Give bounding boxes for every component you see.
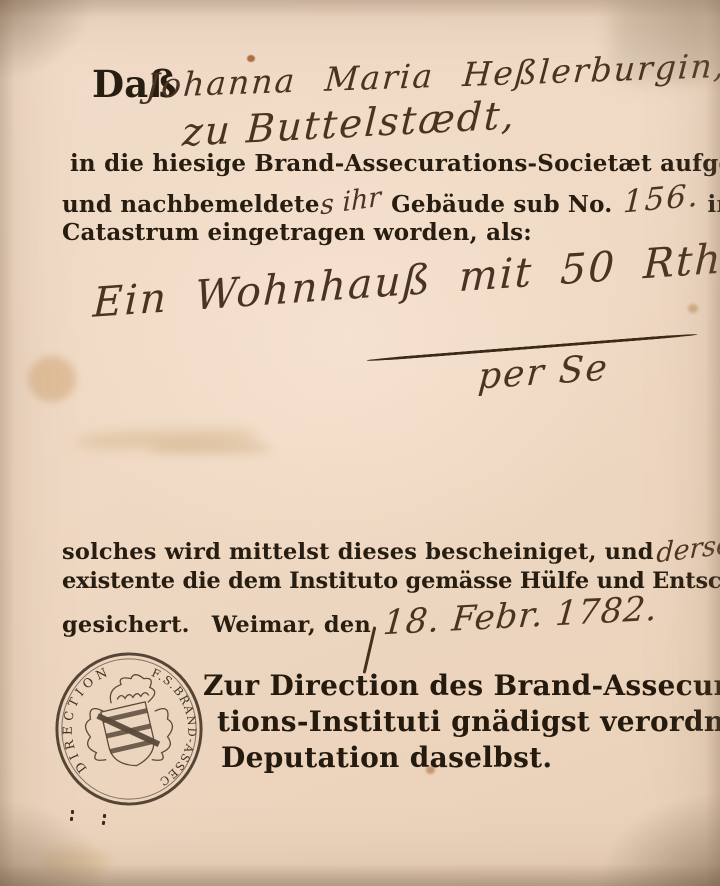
catastrum-line: Catastrum eingetragen worden, als:: [62, 219, 532, 246]
closing-block: Zur Direction des Brand-Assecura- tions-…: [203, 668, 720, 776]
seal-mantling-right: [152, 709, 173, 761]
handwritten-per-se: per Se: [477, 347, 611, 397]
certify-line-3: gesichert.Weimar, den18. Febr. 1782.: [62, 601, 658, 641]
handwritten-name: Johanna Maria Heßlerburgin,: [145, 46, 720, 105]
certificate-document: Daß Johanna Maria Heßlerburgin, zu Butte…: [0, 0, 720, 886]
handwritten-casu-word: derselben: [655, 522, 720, 570]
certify-line-1: solches wird mittelst dieses bescheinige…: [62, 535, 720, 566]
handwritten-date: 18. Febr. 1782.: [381, 589, 659, 644]
ink-speck: [688, 304, 698, 313]
closing-line-3: Deputation daselbst.: [221, 740, 720, 776]
ink-dots: [71, 810, 75, 814]
stain-streak-2: [150, 442, 270, 454]
building-suffix: in das: [708, 191, 720, 218]
seal-crown: [117, 693, 149, 700]
ink-speck: [247, 55, 255, 62]
certify-weimar-den: Weimar, den: [212, 612, 371, 638]
admission-line: in die hiesige Brand-Assecurations-Socie…: [70, 150, 720, 177]
handwritten-pronoun: s ihr: [320, 182, 381, 222]
ink-dots: [103, 814, 107, 818]
building-line: und nachbemeldetes ihrGebäude sub No.156…: [62, 184, 720, 220]
certify-gesichert: gesichert.: [62, 612, 190, 638]
closing-line-1: Zur Direction des Brand-Assecura-: [203, 668, 720, 704]
closing-line-2: tions-Instituti gnädigst verordnete: [217, 704, 720, 740]
building-mid: Gebäude sub No.: [391, 191, 612, 218]
seal-coat-of-arms: [86, 675, 173, 772]
handwritten-place: zu Buttelstædt,: [181, 93, 517, 156]
seal-stamp: DIRECTION F.S.BRAND-ASSEC: [50, 650, 208, 808]
building-prefix: und nachbemeldete: [62, 191, 320, 218]
stain-streak: [76, 427, 257, 451]
handwritten-house-number: 156.: [622, 177, 701, 220]
stain-bottom-left: [40, 848, 110, 876]
seal-ring-text-right: F.S.BRAND-ASSEC: [149, 665, 199, 789]
certify-text-a: solches wird mittelst dieses bescheinige…: [62, 539, 654, 565]
stain-round: [28, 356, 76, 402]
